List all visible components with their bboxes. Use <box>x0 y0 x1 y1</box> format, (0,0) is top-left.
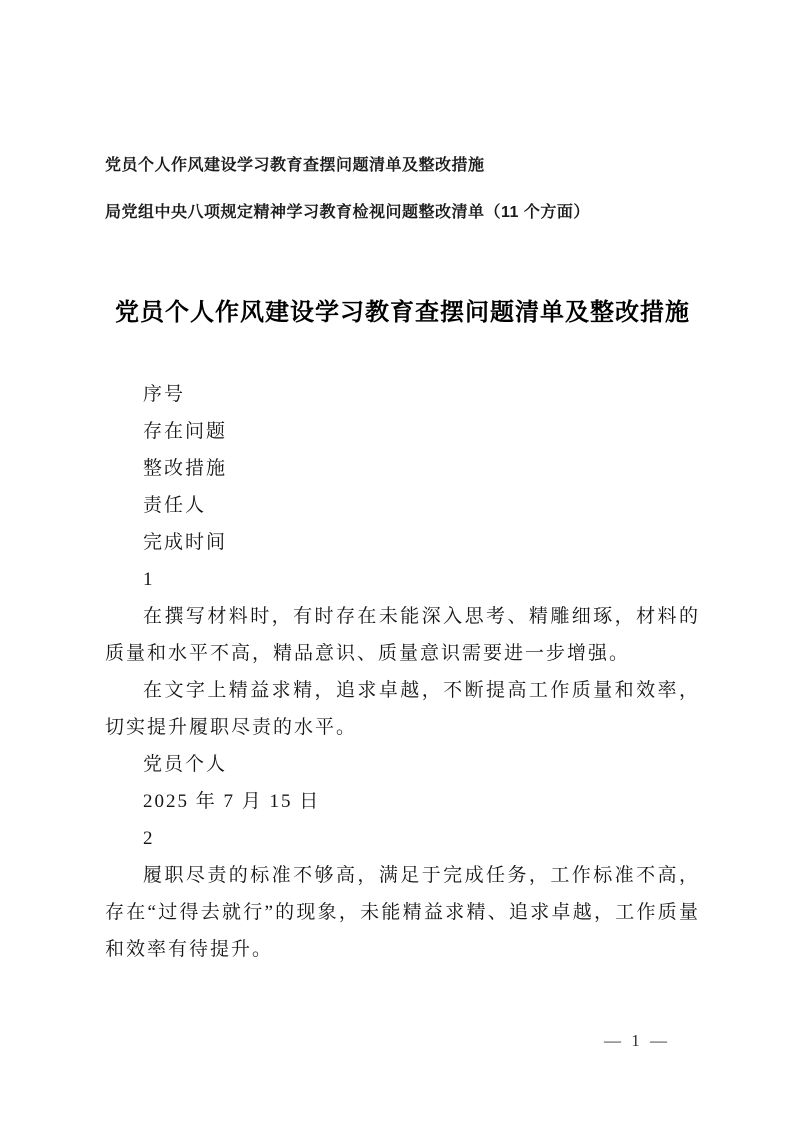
document-body: 序号 存在问题 整改措施 责任人 完成时间 1 在撰写材料时，有时存在未能深入思… <box>105 376 700 968</box>
entry-1-problem: 在撰写材料时，有时存在未能深入思考、精雕细琢，材料的质量和水平不高，精品意识、质… <box>105 598 700 672</box>
document-page: 党员个人作风建设学习教育查摆问题清单及整改措施 局党组中央八项规定精神学习教育检… <box>0 0 793 1122</box>
table-header-responsible: 责任人 <box>105 487 700 524</box>
entry-1-measure: 在文字上精益求精，追求卓越，不断提高工作质量和效率，切实提升履职尽责的水平。 <box>105 672 700 746</box>
entry-2-number: 2 <box>105 820 700 857</box>
entry-2-problem: 履职尽责的标准不够高，满足于完成任务，工作标准不高，存在“过得去就行”的现象，未… <box>105 857 700 968</box>
table-header-measure: 整改措施 <box>105 450 700 487</box>
table-header-problem: 存在问题 <box>105 413 700 450</box>
doc-header-line-2: 局党组中央八项规定精神学习教育检视问题整改清单（11 个方面） <box>105 202 700 224</box>
page-title: 党员个人作风建设学习教育查摆问题清单及整改措施 <box>105 296 700 329</box>
page-number: — 1 — <box>604 1030 670 1051</box>
table-header-serial: 序号 <box>105 376 700 413</box>
entry-1-deadline: 2025 年 7 月 15 日 <box>105 783 700 820</box>
doc-header-line-1: 党员个人作风建设学习教育查摆问题清单及整改措施 <box>105 155 700 177</box>
entry-1-responsible: 党员个人 <box>105 746 700 783</box>
table-header-deadline: 完成时间 <box>105 524 700 561</box>
entry-1-number: 1 <box>105 561 700 598</box>
